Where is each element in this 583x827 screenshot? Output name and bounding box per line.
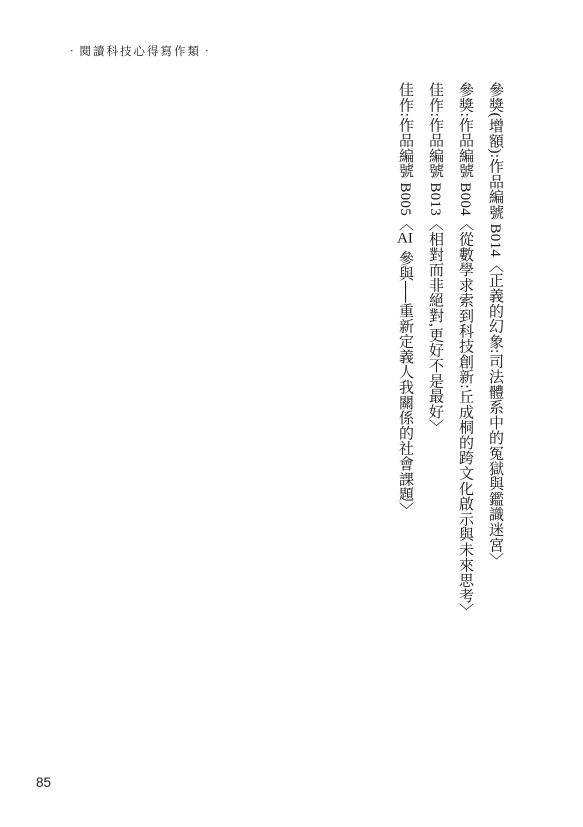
page-number: 85 xyxy=(36,775,51,790)
text-segment: 參獎(增額):作品編號 B014〈正義的幻象:司法體系中的冤獄與鑑識迷宮〉 xyxy=(487,82,503,568)
award-line: 參獎:作品編號 B004〈從數學求索到科技創新:丘成桐的跨文化啟示與未來思考〉 xyxy=(450,82,480,782)
text-segment: 佳作:作品編號 B013〈相對而非絕對,更好不是最好〉 xyxy=(427,82,443,434)
text-segment: 佳作:作品編號 B005〈 xyxy=(397,82,413,231)
text-segment: 參獎:作品編號 B004〈從數學求索到科技創新:丘成桐的跨文化啟示與未來思考〉 xyxy=(457,82,473,618)
book-page: ‧閱讀科技心得寫作類‧ 參獎(增額):作品編號 B014〈正義的幻象:司法體系中… xyxy=(0,0,583,827)
awards-list: 參獎(增額):作品編號 B014〈正義的幻象:司法體系中的冤獄與鑑識迷宮〉參獎:… xyxy=(390,82,510,782)
award-line: 參獎(增額):作品編號 B014〈正義的幻象:司法體系中的冤獄與鑑識迷宮〉 xyxy=(480,82,510,782)
upright-latin-segment: AI xyxy=(397,231,413,246)
text-segment: 參與──重新定義人我關係的社會課題〉 xyxy=(397,246,413,517)
award-line: 佳作:作品編號 B005〈AI 參與──重新定義人我關係的社會課題〉 xyxy=(390,82,420,782)
award-line: 佳作:作品編號 B013〈相對而非絕對,更好不是最好〉 xyxy=(420,82,450,782)
running-head: ‧閱讀科技心得寫作類‧ xyxy=(66,43,215,59)
